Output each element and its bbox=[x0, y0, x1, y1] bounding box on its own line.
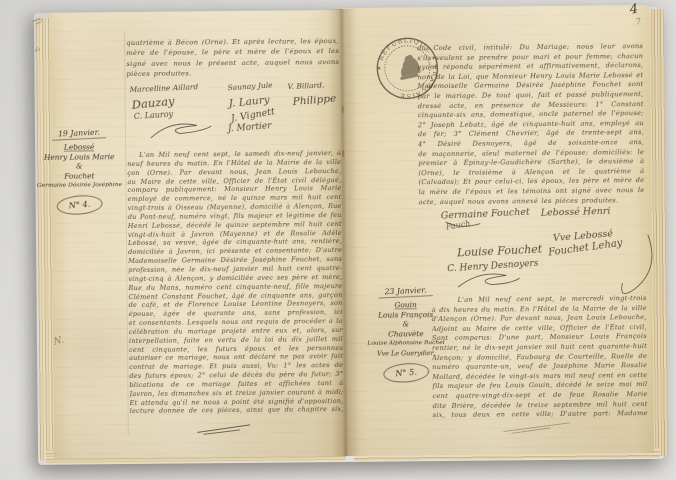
handwritten-closing-act-3: quatrième à Bécon (Orne). Et après lectu… bbox=[126, 36, 339, 80]
margin-date: 23 Janvier. bbox=[378, 285, 432, 298]
folio-number: 4 bbox=[629, 2, 639, 18]
register-book: quatrième à Bécon (Orne). Et après lectu… bbox=[0, 0, 676, 480]
handwritten-act-5: L'an Mil neuf cent sept, le mercredi vin… bbox=[432, 294, 648, 421]
binding-stitch bbox=[342, 106, 344, 113]
bride-firstnames: Germaine Désirée Joséphine bbox=[31, 181, 127, 191]
act-number-badge: N° 5. bbox=[383, 362, 430, 385]
act-number-badge: N° 4. bbox=[56, 194, 103, 217]
handwritten-act-4: L'an Mil neuf cent sept, le samedi dix-n… bbox=[127, 149, 344, 416]
handwritten-line: pièces produites. bbox=[126, 67, 339, 79]
photo-backdrop: quatrième à Bécon (Orne). Et après lectu… bbox=[0, 0, 676, 480]
handwritten-line: signé avec nous le présent acte, auquel … bbox=[126, 57, 339, 69]
margin-date: 19 Janvier. bbox=[52, 127, 106, 140]
groom-firstnames: Henry Louis Marie bbox=[31, 152, 127, 163]
margin-note-act-4: 19 Janvier. Lebossé Henry Louis Marie & … bbox=[31, 120, 128, 215]
binding-stitch bbox=[342, 150, 344, 157]
handwritten-line: six, tous deux en cette ville; D'autre p… bbox=[433, 409, 648, 421]
handwritten-act-4-continuation: du Code civil, intitulé: Du Mariage; nou… bbox=[417, 42, 645, 207]
